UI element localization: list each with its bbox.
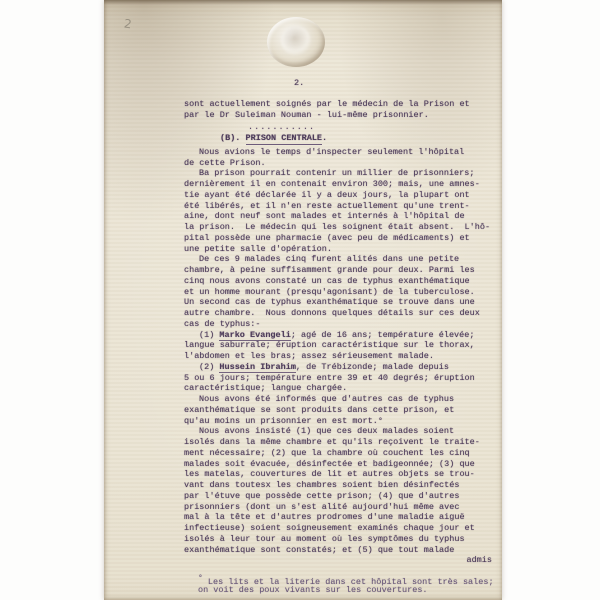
text-line: vant dans toutesx les chambres soient bi… [184,480,506,491]
text-line: ment nécessaire; (2) que la chambre où c… [184,448,506,459]
text-line: 5 ou 6 jours; température entre 39 et 40… [184,373,506,384]
text-line: sont actuellement soignés par le médecin… [184,99,506,110]
text-line: de cette Prison. [184,158,506,169]
text-line: cas de typhus:- [184,319,506,330]
embossed-crest-seal-icon [267,17,325,67]
paragraph-prison-capacity: Ba prison pourrait contenir un millier d… [184,168,506,254]
text-line: prisonniers (dont un s'est alité aujourd… [184,502,506,513]
text-line: par l'étuve que possède cette prison; (4… [184,491,506,502]
case-marker: (2) [199,362,219,372]
heading-suffix: . [322,133,327,143]
text-line: langue saburrale; éruption caractéristiq… [184,340,506,351]
text-line: (2) Hussein Ibrahim, de Trébizonde; mala… [184,362,506,373]
catchword: admis [184,555,506,566]
heading-prefix: (B). [220,133,246,143]
text-line: mal à la tête et d'autres prodromes d'un… [184,512,506,523]
text-line: les matelas, couvertures de lit et autre… [184,469,506,480]
patient-name: Hussein Ibrahim [219,362,296,373]
paragraph-informes: Nous avons été informés que d'autres cas… [184,394,506,426]
text-line: Un second cas de typhus exanthématique s… [184,297,506,308]
text-line: isolés dans la même chambre et qu'ils re… [184,437,506,448]
text-line: infectieuse) soient soigneusement examin… [184,523,506,534]
text-line: (1) Marko Evangeli; agé de 16 ans; tempé… [184,330,506,341]
case-text: ; agé de 16 ans; température élevée; [291,330,475,340]
text-line: chambre, à peine suffisamment grande pou… [184,265,506,276]
patient-name: Marko Evangeli [219,330,290,341]
text-line: isolés à leur tour au moment où les symp… [184,534,506,545]
text-line: pital possède une pharmacie (avec peu de… [184,233,506,244]
text-line: été libérés, et il n'en reste actuelleme… [184,201,506,212]
text-line: cinq nous avons constaté un cas de typhu… [184,276,506,287]
text-line: la prison. Le médecin qui les soignent é… [184,222,506,233]
pencil-annotation: 2 [123,17,133,32]
case-marker: (1) [199,330,219,340]
text-line: tie ayant été déclarée il y a deux jours… [184,190,506,201]
paragraph-continuation: sont actuellement soignés par le médecin… [184,99,506,121]
dotted-separator: ........... [184,122,506,133]
paragraph-case-1: (1) Marko Evangeli; agé de 16 ans; tempé… [184,330,506,362]
text-line: caractéristique; langue chargée. [184,383,506,394]
paragraph-case-2: (2) Hussein Ibrahim, de Trébizonde; mala… [184,362,506,394]
page-number: 2. [184,78,506,89]
text-line: Nous avions le temps d'inspecter seuleme… [184,147,506,158]
text-line: exanthématique sont constatés; et (5) qu… [184,545,506,556]
typewritten-text-column: 2. sont actuellement soignés par le méde… [184,78,506,596]
text-line: De ces 9 malades cinq furent alités dans… [184,254,506,265]
document-paper: 2 2. sont actuellement soignés par le mé… [104,0,502,600]
paragraph-malades: De ces 9 malades cinq furent alités dans… [184,254,506,329]
text-line: l'abdomen et les bras; assez sérieusemen… [184,351,506,362]
text-line: une petite salle d'opération. [184,244,506,255]
text-line: par le Dr Suleiman Nouman - lui-même pri… [184,110,506,121]
text-line: autre chambre. Nous donnons quelques dét… [184,308,506,319]
text-line: dernièrement il en contenait environ 300… [184,179,506,190]
case-text: , de Trébizonde; malade depuis [296,362,449,372]
text-line: Nous avons insisté (1) que ces deux mala… [184,426,506,437]
heading-title: PRISON CENTRALE [246,133,323,145]
section-heading: (B). PRISON CENTRALE. [184,133,506,144]
text-line: et un homme mourant (presqu'agonisant) d… [184,287,506,298]
text-line: Ba prison pourrait contenir un millier d… [184,168,506,179]
text-line: aine, dont neuf sont malades et internés… [184,211,506,222]
text-line: exanthématique se sont produits dans cet… [184,405,506,416]
text-line: Nous avons été informés que d'autres cas… [184,394,506,405]
text-line: malades soit évacuée, désinfectée et bad… [184,459,506,470]
text-line: qu'au moins un prisonnier en est mort.° [184,416,506,427]
paragraph-insiste: Nous avons insisté (1) que ces deux mala… [184,426,506,555]
paragraph-inspection: Nous avions le temps d'inspecter seuleme… [184,147,506,169]
text-line: ° Les lits et la literie dans cet hôpita… [198,574,506,585]
footnote: ° Les lits et la literie dans cet hôpita… [184,574,506,596]
